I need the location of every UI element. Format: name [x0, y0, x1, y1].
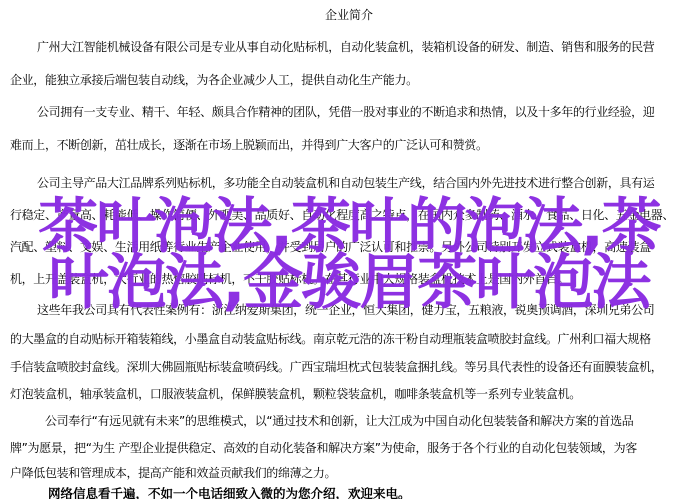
paragraph-5-line-2: 牌”为愿景，把“为生 产型企业提供稳定、高效的自动化装备和解决方案”为使命，服务…	[10, 440, 637, 456]
document-title: 企业简介	[0, 6, 698, 23]
overlay-title-line-2: 叶泡法,金骏眉茶叶泡法	[0, 252, 698, 314]
paragraph-4-line-4: 灯泡装盒机，轴承装盒机，口服液装盒机，保鲜膜装盒机，颗粒袋装盒机，咖啡条装盒机等…	[10, 386, 581, 402]
paragraph-1-line-1: 广州大江智能机械设备有限公司是专业从事自动化贴标机，自动化装盒机，装箱机设备的研…	[37, 39, 654, 55]
closing-line: 网络信息看千遍，不如一个电话细致入微的为您介绍，欢迎来电。	[48, 486, 411, 499]
paragraph-4-line-3: 手信装盒喷胶封盒线。深圳大佛圆瓶贴标装盒喷码线。广西宝瑞坦枕式包装装盒捆扎线。等…	[10, 359, 662, 375]
paragraph-3-line-1: 公司主导产品大江品牌系列贴标机，多功能全自动装盒机和自动包装生产线，结合国内外先…	[37, 175, 654, 191]
paragraph-2-line-1: 公司拥有一支专业、精干、年轻、颇具合作精神的团队，凭借一股对事业的不断追求和热情…	[37, 104, 654, 120]
paragraph-5-line-1: 公司奉行“有远见就有未来”的思维模式，以“通过技术和创新，让大江成为中国自动化包…	[45, 413, 633, 429]
paragraph-4-line-2: 的大墨盒的自动贴标开箱装箱线，小墨盒自动装盒贴标线。南京乾元浩的冻干粉自动理瓶装…	[10, 331, 651, 347]
paragraph-5-line-3: 户降低包装和管理成本，提高产能和效益贡献我们的绵薄之力。	[10, 465, 336, 481]
paragraph-2-line-2: 难而上，不断创新，茁壮成长，逐渐在市场上脱颖而出，并得到广大客户的广泛认可和赞赏…	[10, 137, 488, 153]
paragraph-1-line-2: 企业，能独立承接后端包装自动线，为各企业减少人工，提供自动化生产能力。	[10, 72, 418, 88]
